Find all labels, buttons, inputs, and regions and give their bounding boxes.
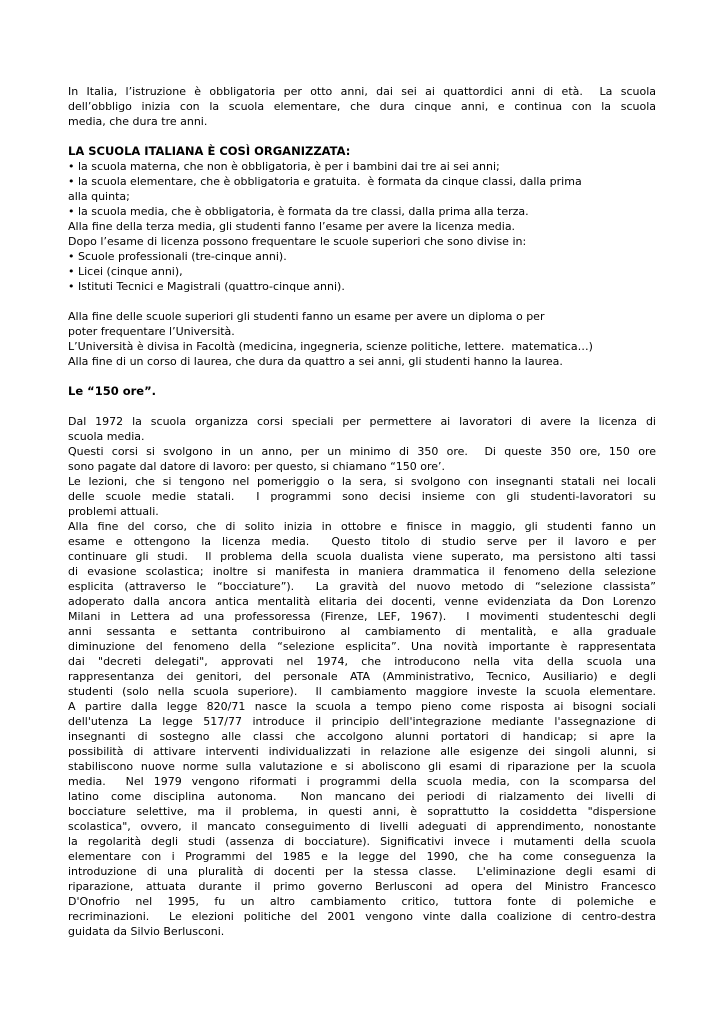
text-line: di evasione scolastica; inoltre si manif…: [68, 564, 656, 579]
text-line: Dal 1972 la scuola organizza corsi speci…: [68, 414, 656, 429]
text-line: • la scuola materna, che non è obbligato…: [68, 159, 656, 174]
text-line: riparazione, attuata durante il primo go…: [68, 879, 656, 894]
text-line: alla quinta;: [68, 189, 656, 204]
document-page: In Italia, l’istruzione è obbligatoria p…: [0, 0, 724, 1024]
text-line: • Istituti Tecnici e Magistrali (quattro…: [68, 279, 656, 294]
text-line: diminuzione del fenomeno della “selezion…: [68, 639, 656, 654]
text-line: recriminazioni. Le elezioni politiche de…: [68, 909, 656, 924]
text-line: problemi attuali.: [68, 504, 656, 519]
text-line: latino come disciplina autonoma. Non man…: [68, 789, 656, 804]
text-line: • la scuola elementare, che è obbligator…: [68, 174, 656, 189]
text-line: dell'utenza La legge 517/77 introduce il…: [68, 714, 656, 729]
text-line: media, che dura tre anni.: [68, 114, 656, 129]
text-line: delle scuole medie statali. I programmi …: [68, 489, 656, 504]
text-line: Dopo l’esame di licenza possono frequent…: [68, 234, 656, 249]
text-line: sono pagate dal datore di lavoro: per qu…: [68, 459, 656, 474]
blank-line: [68, 399, 656, 414]
text-line: • la scuola media, che è obbligatoria, è…: [68, 204, 656, 219]
text-line: guidata da Silvio Berlusconi.: [68, 924, 656, 939]
text-line: anni sessanta e settanta contribuirono a…: [68, 624, 656, 639]
text-line: stabiliscono nuove norme sulla valutazio…: [68, 759, 656, 774]
text-line: adoperato dalla ancora antica mentalità …: [68, 594, 656, 609]
text-line: media. Nel 1979 vengono riformati i prog…: [68, 774, 656, 789]
text-line: insegnanti di sostegno alle classi che a…: [68, 729, 656, 744]
text-line: studenti (solo nella scuola superiore). …: [68, 684, 656, 699]
text-line: Le lezioni, che si tengono nel pomeriggi…: [68, 474, 656, 489]
blank-line: [68, 369, 656, 384]
text-line: L’Università è divisa in Facoltà (medici…: [68, 339, 656, 354]
heading-line: LA SCUOLA ITALIANA È COSÌ ORGANIZZATA:: [68, 144, 656, 159]
text-line: poter frequentare l’Università.: [68, 324, 656, 339]
text-line: continuare gli studi. Il problema della …: [68, 549, 656, 564]
heading-line: Le “150 ore”.: [68, 384, 656, 399]
text-line: D'Onofrio nel 1995, fu un altro cambiame…: [68, 894, 656, 909]
text-line: rappresentanza dei genitori, del persona…: [68, 669, 656, 684]
text-line: dai "decreti delegati", approvati nel 19…: [68, 654, 656, 669]
text-line: Alla fine della terza media, gli student…: [68, 219, 656, 234]
text-line: scuola media.: [68, 429, 656, 444]
text-line: esplicita (attraverso le “bocciature”). …: [68, 579, 656, 594]
text-line: Milani in Lettera ad una professoressa (…: [68, 609, 656, 624]
blank-line: [68, 294, 656, 309]
text-line: In Italia, l’istruzione è obbligatoria p…: [68, 84, 656, 99]
text-line: Alla fine del corso, che di solito inizi…: [68, 519, 656, 534]
text-line: possibilità di attivare interventi indiv…: [68, 744, 656, 759]
text-line: bocciature selettive, ma il problema, in…: [68, 804, 656, 819]
text-line: • Licei (cinque anni),: [68, 264, 656, 279]
text-line: Questi corsi si svolgono in un anno, per…: [68, 444, 656, 459]
blank-line: [68, 129, 656, 144]
text-line: Alla fine di un corso di laurea, che dur…: [68, 354, 656, 369]
text-line: A partire dalla legge 820/71 nasce la sc…: [68, 699, 656, 714]
text-line: dell’obbligo inizia con la scuola elemen…: [68, 99, 656, 114]
text-line: esame e ottengono la licenza media. Ques…: [68, 534, 656, 549]
text-line: • Scuole professionali (tre-cinque anni)…: [68, 249, 656, 264]
text-line: scolastica", ovvero, il mancato consegui…: [68, 819, 656, 834]
text-line: elementare con i Programmi del 1985 e la…: [68, 849, 656, 864]
text-line: Alla fine delle scuole superiori gli stu…: [68, 309, 656, 324]
text-line: la regolarità degli studi (assenza di bo…: [68, 834, 656, 849]
text-block: In Italia, l’istruzione è obbligatoria p…: [68, 84, 656, 939]
text-line: introduzione di una pluralità di docenti…: [68, 864, 656, 879]
